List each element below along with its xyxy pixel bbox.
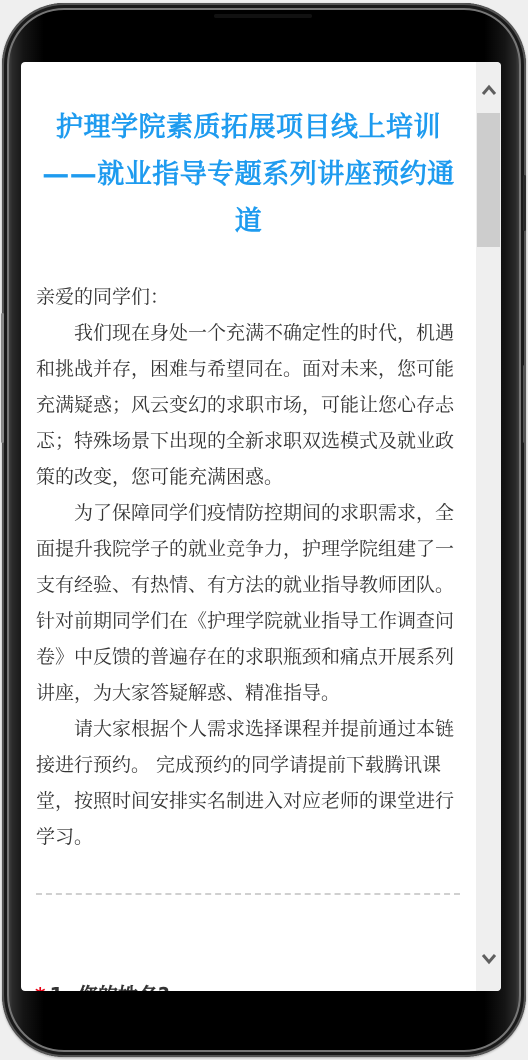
- intro-paragraph: 请大家根据个人需求选择课程并提前通过本链接进行预约。 完成预约的同学请提前下载腾…: [36, 711, 464, 855]
- question-1-title: *1. 您的姓名?: [35, 979, 170, 991]
- intro-text: 亲爱的同学们： 我们现在身处一个充满不确定性的时代，机遇和挑战并存，困难与希望同…: [36, 279, 464, 855]
- required-asterisk: *: [35, 983, 45, 991]
- chevron-up-icon: [481, 84, 497, 96]
- page-title: 护理学院素质拓展项目线上培训——就业指导专题系列讲座预约通道: [37, 104, 460, 245]
- scroll-down-button[interactable]: [476, 945, 501, 973]
- side-button-left: [1, 313, 4, 443]
- side-button-right-upper: [523, 175, 526, 231]
- vertical-scrollbar[interactable]: [476, 62, 501, 991]
- question-label: 1. 您的姓名?: [49, 983, 169, 991]
- speaker-grille: [214, 14, 312, 18]
- intro-paragraph: 为了保障同学们疫情防控期间的求职需求，全面提升我院学子的就业竞争力，护理学院组建…: [36, 495, 464, 711]
- intro-paragraph: 我们现在身处一个充满不确定性的时代，机遇和挑战并存，困难与希望同在。面对未来，您…: [36, 315, 464, 495]
- scroll-up-button[interactable]: [476, 76, 501, 104]
- chevron-down-icon: [481, 953, 497, 965]
- phone-screen: 护理学院素质拓展项目线上培训——就业指导专题系列讲座预约通道 亲爱的同学们： 我…: [21, 62, 501, 991]
- survey-content: 护理学院素质拓展项目线上培训——就业指导专题系列讲座预约通道 亲爱的同学们： 我…: [21, 62, 476, 991]
- section-divider: [36, 893, 460, 895]
- greeting: 亲爱的同学们：: [36, 279, 464, 315]
- scrollbar-thumb[interactable]: [477, 113, 500, 247]
- side-button-right-lower: [523, 365, 526, 443]
